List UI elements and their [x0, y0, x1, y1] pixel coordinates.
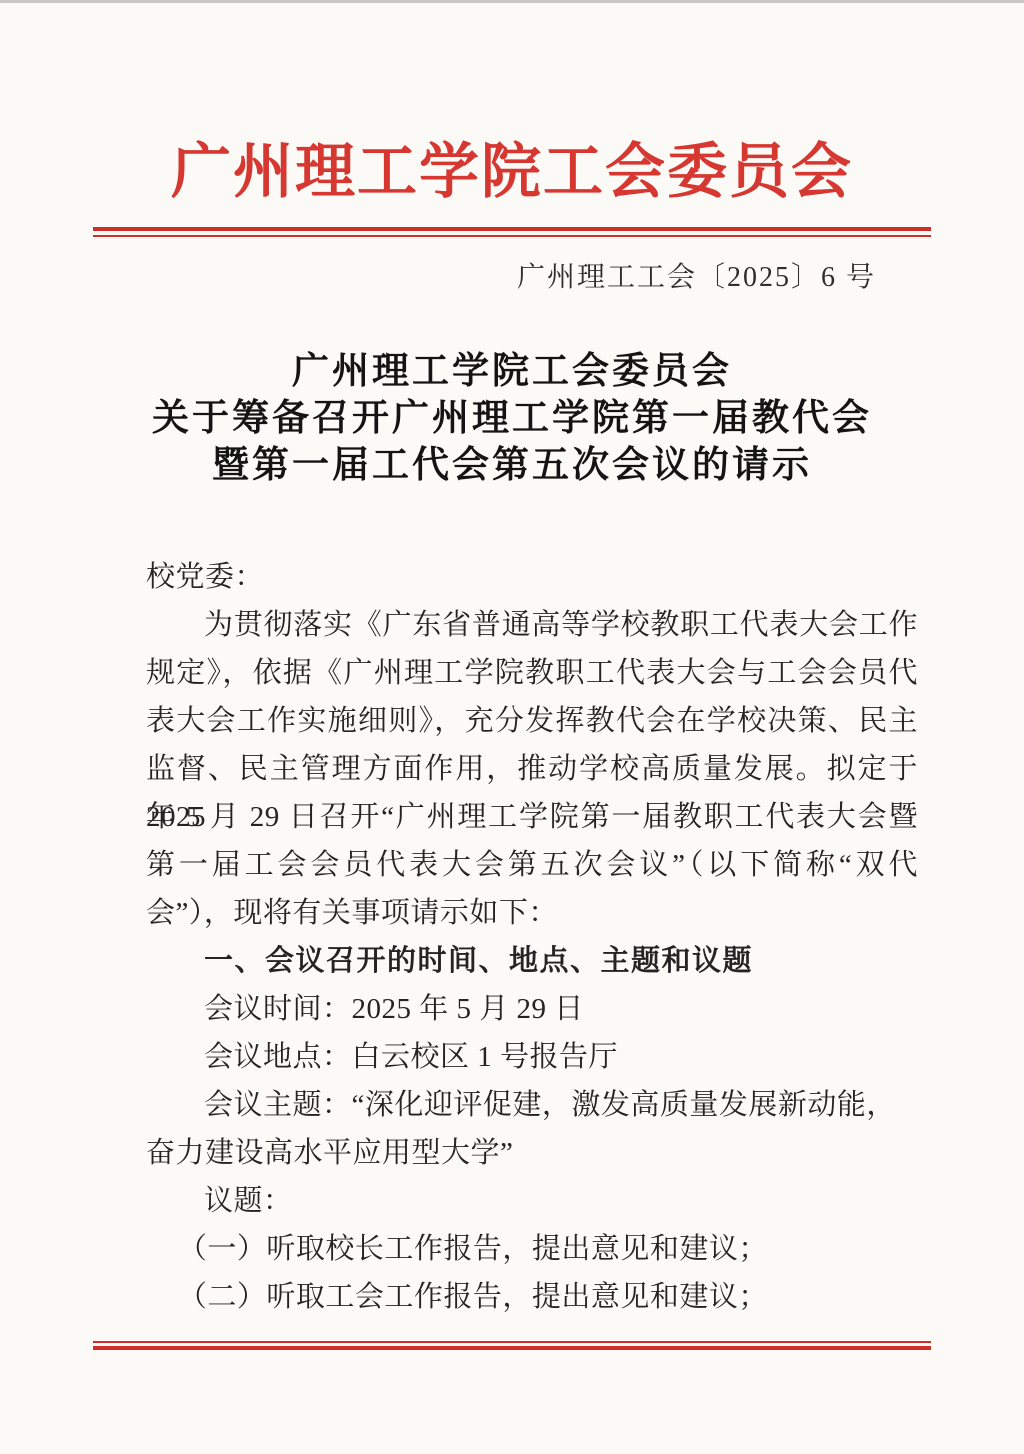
body-line: 年 5 月 29 日召开“广州理工学院第一届教职工代表大会暨 [146, 793, 918, 841]
title-line: 关于筹备召开广州理工学院第一届教代会 [0, 395, 1024, 442]
document-body: 校党委：为贯彻落实《广东省普通高等学校教职工代表大会工作规定》，依据《广州理工学… [146, 553, 918, 1321]
body-line: 会议时间：2025 年 5 月 29 日 [146, 985, 918, 1033]
letterhead-title: 广州理工学院工会委员会 [0, 136, 1024, 208]
body-line: 校党委： [146, 553, 918, 601]
red-separator-bottom [93, 1341, 931, 1350]
body-line: 为贯彻落实《广东省普通高等学校教职工代表大会工作 [146, 601, 918, 649]
body-line: 表大会工作实施细则》，充分发挥教代会在学校决策、民主 [146, 697, 918, 745]
page: { "letterhead": { "title": "广州理工学院工会委员会"… [0, 0, 1024, 1454]
document-title: 广州理工学院工会委员会关于筹备召开广州理工学院第一届教代会暨第一届工代会第五次会… [0, 348, 1024, 489]
title-line: 暨第一届工代会第五次会议的请示 [0, 442, 1024, 489]
body-line: 规定》，依据《广州理工学院教职工代表大会与工会会员代 [146, 649, 918, 697]
red-separator-top [93, 227, 931, 237]
body-line: 议题： [146, 1177, 918, 1225]
red-separator-bottom-thick-line [93, 1346, 931, 1350]
body-line: 会议地点：白云校区 1 号报告厅 [146, 1033, 918, 1081]
red-separator-top-thin-line [93, 235, 931, 237]
scan-edge [0, 0, 1024, 3]
body-line: 会”），现将有关事项请示如下： [146, 889, 918, 937]
body-line: 一、会议召开的时间、地点、主题和议题 [146, 937, 918, 985]
body-line: 奋力建设高水平应用型大学” [146, 1129, 918, 1177]
body-line: 会议主题：“深化迎评促建，激发高质量发展新动能， [146, 1081, 918, 1129]
body-line: 监督、民主管理方面作用，推动学校高质量发展。拟定于 2025 [146, 745, 918, 793]
body-line: （二）听取工会工作报告，提出意见和建议； [146, 1273, 918, 1321]
body-line: 第一届工会会员代表大会第五次会议”（以下简称“双代 [146, 841, 918, 889]
title-line: 广州理工学院工会委员会 [0, 348, 1024, 395]
doc-number: 广州理工工会〔2025〕6 号 [0, 258, 876, 298]
body-line: （一）听取校长工作报告，提出意见和建议； [146, 1225, 918, 1273]
